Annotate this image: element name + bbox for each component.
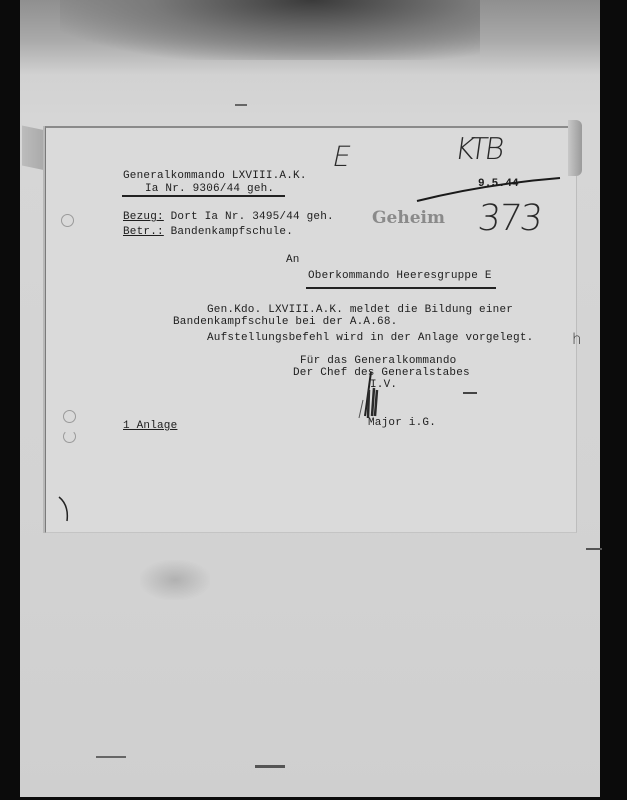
scratch-mark	[255, 765, 285, 768]
an-label: An	[286, 254, 300, 267]
recipient: Oberkommando Heeresgruppe E	[308, 270, 492, 283]
sender-line: Generalkommando LXVIII.A.K.	[123, 170, 307, 183]
betr-text: Bandenkampfschule.	[164, 226, 293, 238]
handwritten-signature	[355, 370, 385, 422]
bezug-label: Bezug:	[123, 211, 164, 223]
enclosure-label: 1 Anlage	[123, 420, 177, 433]
top-shadow	[60, 0, 480, 60]
punch-hole-lower	[63, 430, 76, 443]
body-line-3: Aufstellungsbefehl wird in der Anlage vo…	[207, 332, 533, 345]
edge-dash	[586, 548, 602, 550]
bezug-text: Dort Ia Nr. 3495/44 geh.	[164, 211, 334, 223]
page-curl-left	[22, 125, 46, 170]
geheim-stamp: Geheim	[372, 208, 445, 228]
handwritten-ktb: KTB	[453, 132, 504, 167]
betr-label: Betr.:	[123, 226, 164, 238]
body-line-2: Bandenkampfschule bei der A.A.68.	[173, 316, 397, 329]
recipient-underline	[306, 287, 496, 289]
top-dash	[235, 104, 247, 106]
margin-bracket-mark	[55, 495, 75, 525]
punch-hole-mid	[63, 410, 76, 423]
scratch-mark	[96, 756, 126, 758]
page-curl-right	[568, 120, 582, 176]
punch-hole-top	[61, 214, 74, 227]
bezug-line: Bezug: Dort Ia Nr. 3495/44 geh.	[123, 211, 334, 224]
pen-dash	[463, 392, 477, 394]
handwritten-number: 373	[476, 198, 543, 239]
header-underline	[122, 195, 285, 197]
margin-mark: h	[572, 330, 582, 348]
smudge	[140, 560, 210, 600]
signature-rank: Major i.G.	[368, 417, 436, 430]
betr-line: Betr.: Bandenkampfschule.	[123, 226, 293, 239]
